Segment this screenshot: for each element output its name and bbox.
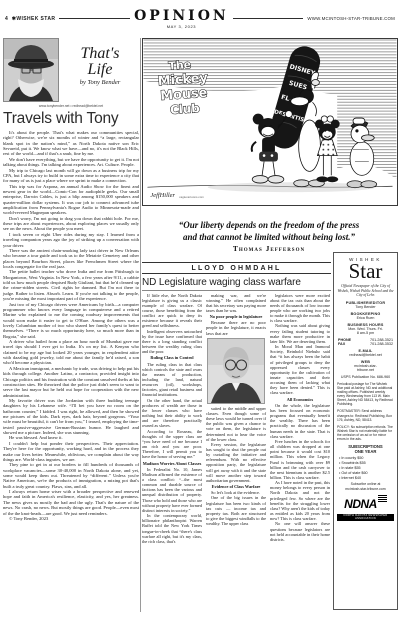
subscribe-note-line1: Subscribe online at [337, 482, 394, 486]
paragraph: I always return home wiser with a broade… [3, 489, 139, 516]
omdahl-column-3: legislators were more excited about the … [270, 293, 330, 545]
cartoon-title-line1: The [168, 58, 191, 73]
header-rule-right [233, 18, 304, 19]
tony-bender-photo [3, 38, 59, 102]
paragraph: making war, and we're winning.” He often… [206, 293, 266, 314]
masthead-info-box: WISHEK Star Official Newspaper of the Ci… [333, 252, 398, 610]
fax-row: FAX 701-288-3532 [337, 342, 394, 346]
omdahl-headline: ND Legislature waging class warfare [142, 277, 331, 288]
paragraph: Nothing was said about giving every fail… [270, 323, 330, 344]
ndna-wordmark: NDNA [344, 497, 377, 511]
paragraph: Because there are no poor people in the … [206, 320, 266, 335]
postmaster-notice: POSTMASTER: Send address changes to: Red… [337, 409, 394, 421]
paragraph: In Moral Man and Immoral Society, Reinho… [270, 344, 330, 396]
hours-time: 8 am-5 pm [337, 331, 394, 335]
column-divider [140, 38, 141, 612]
paragraph: There was the ancient chain-smoking lady… [3, 248, 139, 269]
paragraph: In the contemporary world, billionaire p… [142, 513, 202, 544]
publisher-name: Tony Bender [337, 305, 394, 309]
bookkeeping-name: Erica Ruen [337, 316, 394, 320]
paragraph: The petite ballet teacher who drove Indi… [3, 269, 139, 301]
paragraph: On the other hand, the actual producers … [142, 398, 202, 429]
article-body: It's about the people. That's what makes… [3, 130, 139, 521]
newspaper-opinion-page: 4 ✱WISHEK STAR OPINION MAY 3, 2023 WWW.M… [0, 0, 400, 618]
quote-line2: and that cannot be limited without being… [140, 232, 398, 244]
paragraph: A Mexican immigrant, a mechanic by trade… [3, 366, 139, 398]
official-newspaper-note: Official Newspaper of the City of Wishek… [337, 284, 394, 298]
brand-name: ✱WISHEK STAR [12, 16, 56, 22]
editorial-cartoon: The Mickey Mouse Club DISNEY SUES FL GOV… [143, 39, 397, 205]
column-byline: by Tony Bender [61, 80, 139, 87]
subscriptions-title-line2: ONE YEAR [337, 450, 394, 455]
section-title: OPINION [134, 9, 229, 23]
rate-item: • Internet $40 [339, 476, 394, 481]
editorial-cartoon-frame: The Mickey Mouse Club DISNEY SUES FL GOV… [142, 38, 398, 206]
subhead: Ruling Class in Control [142, 355, 202, 360]
ndna-logo: NDNA NORTH DAKOTA NEWSPAPER ASSOCIATION [337, 495, 394, 521]
paragraph: One of the big issues in the legislature… [206, 495, 266, 526]
subscriptions-title: SUBSCRIPTIONS ONE YEAR [337, 445, 394, 455]
ndna-flag-icon [378, 495, 387, 502]
paragraph: suited to the middle and upper classes. … [206, 406, 266, 442]
paragraph: No one will answer these questions becau… [270, 521, 330, 542]
lloyd-omdahl-photo [207, 338, 265, 404]
paragraph: legislators were more excited about the … [270, 293, 330, 324]
email-address: redhead@bektel.net [337, 353, 394, 357]
page-number: 4 [5, 16, 8, 22]
paragraph: According to Rosseau, the thoughts of th… [142, 429, 202, 460]
subscription-rates: • In county $50 • Snowbirds $55 • In sta… [337, 456, 394, 481]
fax-label: FAX [338, 342, 345, 346]
cartoon-syndicate-url: caglecartoons.com [179, 195, 204, 199]
paragraph: The ruling class in that class which con… [142, 362, 202, 398]
subhead: No poor people in legislature [206, 314, 266, 319]
paragraph: Every session, the legislature has sough… [206, 442, 266, 483]
column-title-line2: Life [61, 62, 139, 78]
header-rule-left [59, 18, 130, 19]
copyright-line: © Tony Bender, 2023 [3, 516, 139, 521]
omdahl-article: LLOYD OHMDAHL ND Legislature waging clas… [142, 262, 331, 544]
omdahl-column-1: If little else, the North Dakota legisla… [142, 293, 202, 545]
paragraph: They pine to get in at our borders to fi… [3, 462, 139, 489]
paragraph: Just two of my Chicago drivers were Amer… [3, 302, 139, 340]
periodical-notice: Periodical postage for The Wishek Star p… [337, 382, 394, 407]
page-header: 4 ✱WISHEK STAR OPINION MAY 3, 2023 WWW.M… [0, 9, 400, 29]
paragraph: On the whole, the legislature has been f… [270, 403, 330, 439]
paragraph: Intelligent observers untouched by the i… [142, 329, 202, 355]
cartoon-title-line4: Club [170, 101, 201, 117]
masthead-star: Star [337, 262, 394, 282]
section-title-block: OPINION MAY 3, 2023 [134, 9, 229, 29]
paragraph: My favorite driver was the Jordanian wit… [3, 398, 139, 436]
paragraph: This trip was for Axpona, an annual Audi… [3, 184, 139, 216]
jefferson-quote: “Our liberty depends on the freedom of t… [140, 220, 398, 253]
page-number-and-brand: 4 ✱WISHEK STAR [5, 16, 55, 22]
column-title-line1: That's [61, 46, 139, 62]
paragraph: My trip to Chicago last month will go do… [3, 168, 139, 184]
omdahl-byline: LLOYD OHMDAHL [142, 262, 331, 274]
paragraph: In Federalist No. 10, James Madison affi… [142, 467, 202, 513]
ndna-subtitle: NORTH DAKOTA NEWSPAPER ASSOCIATION [337, 514, 394, 521]
thats-life-title-block: That's Life by Tony Bender [61, 38, 139, 102]
paragraph: We don't have everything, but we have th… [3, 157, 139, 168]
paragraph: As I have noted in the past, this money … [270, 480, 330, 521]
article-headline: Travels with Tony [3, 110, 139, 128]
subscribe-note-line2: mcintosh-star-tribune.com [337, 487, 394, 491]
author-contact-line: www.tonybender.net • redhead@bektel.net [3, 104, 139, 108]
fax-number: 701-288-3532 [370, 342, 393, 346]
subhead: All Economics [270, 397, 330, 402]
omdahl-column-2: making war, and we're winning.” He often… [206, 293, 266, 545]
paragraph: Don't worry, I'm not going to drag you d… [3, 216, 139, 232]
website-url: WWW.MCINTOSH-STAR-TRIBUNE.COM [307, 16, 395, 21]
policy-notice: POLICY: No subscription refunds. The Wis… [337, 425, 394, 441]
subhead: Madison Worries About Classes [142, 461, 202, 466]
cartoonist-signature: JeffHiller [150, 192, 175, 199]
paragraph: It's about the people. That's what makes… [3, 130, 139, 157]
issue-date: MAY 3, 2023 [134, 25, 229, 29]
usps-number: USPS Publication No. 686-960 [337, 375, 394, 379]
paragraph: If little else, the North Dakota legisla… [142, 293, 202, 329]
paragraph: I couldn't help but ponder their perspec… [3, 441, 139, 462]
subhead: Evidence of Class Warfare [206, 484, 266, 489]
paragraph: A driver who hailed from a place an hour… [3, 339, 139, 366]
paragraph: Free lunches in the schools for all chil… [270, 439, 330, 480]
paragraph: I took seven or eight Uber rides during … [3, 232, 139, 248]
thats-life-column: That's Life by Tony Bender www.tonybende… [3, 38, 139, 521]
web-address-line2: tribune.net [337, 368, 394, 372]
quote-line1: “Our liberty depends on the freedom of t… [140, 220, 398, 232]
